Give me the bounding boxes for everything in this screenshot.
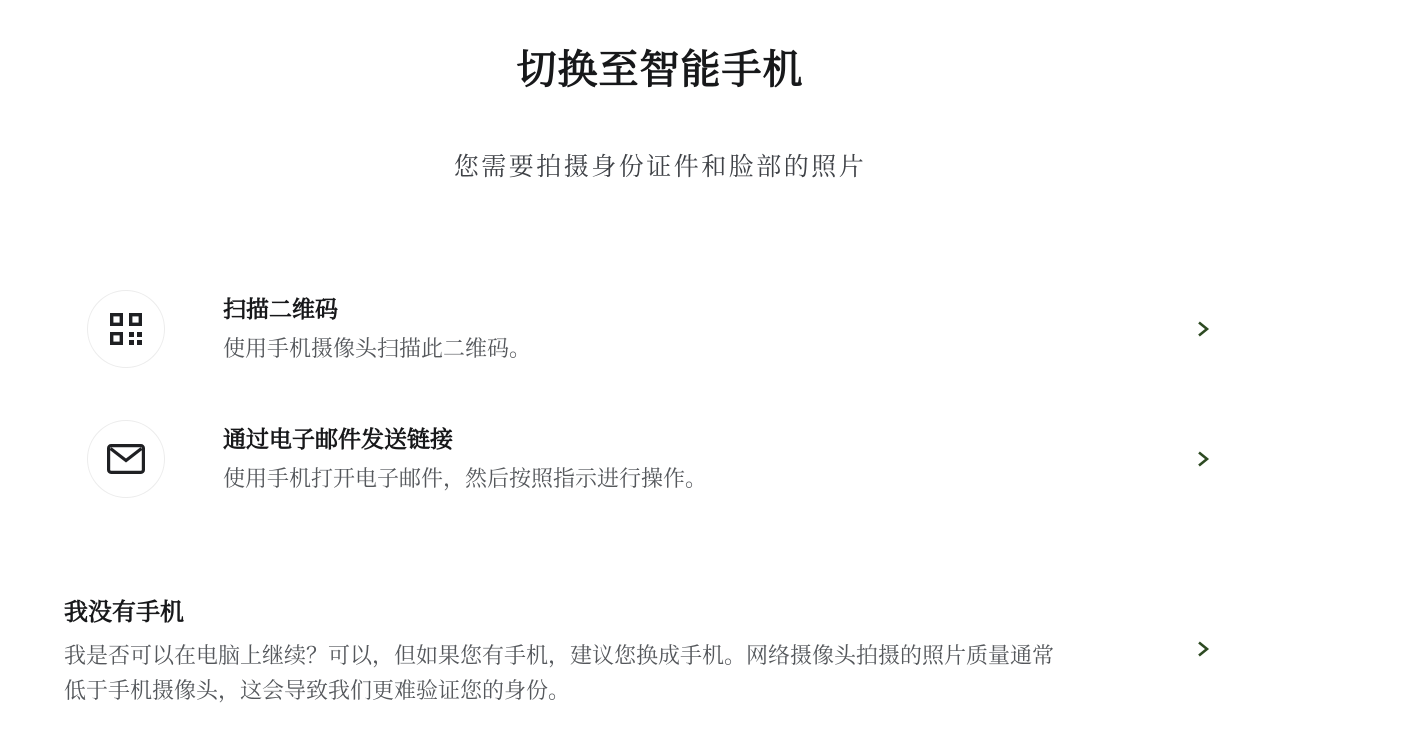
option-description: 使用手机打开电子邮件，然后按照指示进行操作。 [223, 464, 707, 494]
chevron-right-icon [1196, 450, 1210, 468]
no-phone-text: 我没有手机 我是否可以在电脑上继续？可以，但如果您有手机，建议您换成手机。网络摄… [64, 598, 1054, 708]
chevron-right-icon [1196, 320, 1210, 338]
option-send-link-by-email[interactable]: 通过电子邮件发送链接 使用手机打开电子邮件，然后按照指示进行操作。 [87, 420, 1210, 498]
option-scan-qr-code[interactable]: 扫描二维码 使用手机摄像头扫描此二维码。 [87, 290, 1210, 368]
option-title: 扫描二维码 [223, 294, 531, 324]
option-text: 通过电子邮件发送链接 使用手机打开电子邮件，然后按照指示进行操作。 [223, 424, 707, 494]
qr-code-icon [87, 290, 165, 368]
option-description: 使用手机摄像头扫描此二维码。 [223, 334, 531, 364]
chevron-right-icon [1196, 640, 1210, 658]
no-phone-section[interactable]: 我没有手机 我是否可以在电脑上继续？可以，但如果您有手机，建议您换成手机。网络摄… [64, 598, 1256, 708]
no-phone-title: 我没有手机 [64, 598, 1054, 628]
email-icon [87, 420, 165, 498]
option-list: 扫描二维码 使用手机摄像头扫描此二维码。 通过电子邮件发送链接 使用手机打开电子… [64, 290, 1256, 498]
switch-to-phone-page: 切换至智能手机 您需要拍摄身份证件和脸部的照片 扫描二维码 [64, 0, 1256, 708]
option-title: 通过电子邮件发送链接 [223, 424, 707, 454]
option-text: 扫描二维码 使用手机摄像头扫描此二维码。 [223, 294, 531, 364]
page-title: 切换至智能手机 [64, 0, 1256, 95]
no-phone-body: 我是否可以在电脑上继续？可以，但如果您有手机，建议您换成手机。网络摄像头拍摄的照… [64, 638, 1054, 708]
page-subtitle: 您需要拍摄身份证件和脸部的照片 [64, 152, 1256, 182]
